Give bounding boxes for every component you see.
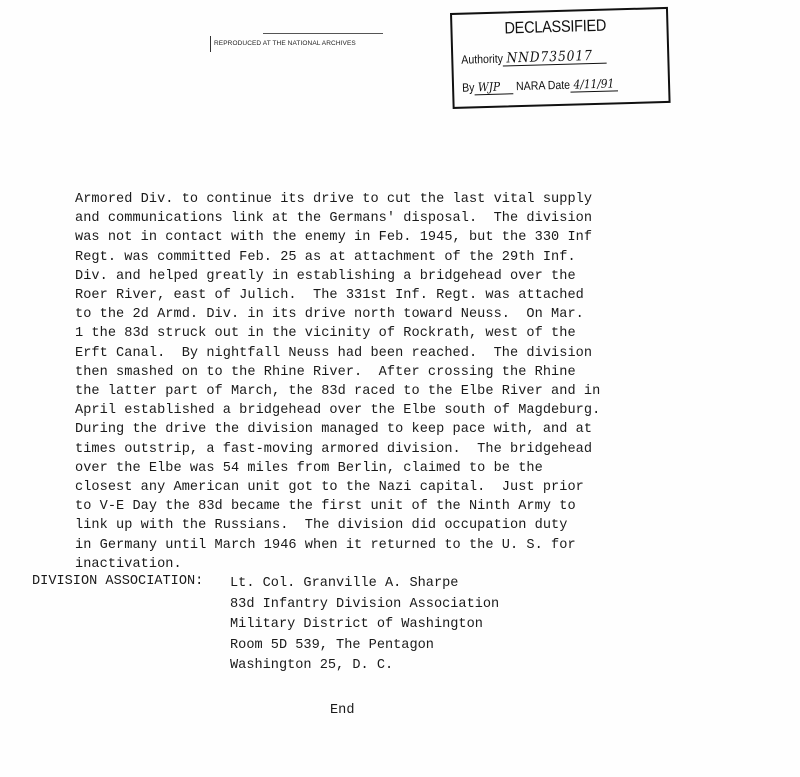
text-line: Div. and helped greatly in establishing … xyxy=(75,267,695,286)
text-line: closest any American unit got to the Naz… xyxy=(75,478,695,497)
stamp-by-row: ByWJP NARA Date4/11/91 xyxy=(462,76,618,95)
text-line: 1 the 83d struck out in the vicinity of … xyxy=(75,324,695,343)
text-line: in Germany until March 1946 when it retu… xyxy=(75,536,695,555)
body-paragraph: Armored Div. to continue its drive to cu… xyxy=(75,190,695,574)
text-line: to the 2d Armd. Div. in its drive north … xyxy=(75,305,695,324)
address-line: Room 5D 539, The Pentagon xyxy=(230,636,499,657)
stamp-date-value: 4/11/91 xyxy=(570,76,618,92)
text-line: Erft Canal. By nightfall Neuss had been … xyxy=(75,344,695,363)
text-line: April established a bridgehead over the … xyxy=(75,401,695,420)
text-line: the latter part of March, the 83d raced … xyxy=(75,382,695,401)
stamp-authority-row: AuthorityNND735017 xyxy=(461,49,607,68)
document-page: REPRODUCED AT THE NATIONAL ARCHIVES DECL… xyxy=(0,0,800,777)
archives-label: REPRODUCED AT THE NATIONAL ARCHIVES xyxy=(214,40,356,47)
text-line: was not in contact with the enemy in Feb… xyxy=(75,228,695,247)
address-line: Military District of Washington xyxy=(230,615,499,636)
stamp-date-label: NARA Date xyxy=(516,78,570,94)
address-line: 83d Infantry Division Association xyxy=(230,595,499,616)
association-label: DIVISION ASSOCIATION: xyxy=(32,574,203,589)
stamp-title: DECLASSIFIED xyxy=(504,17,606,39)
text-line: then smashed on to the Rhine River. Afte… xyxy=(75,363,695,382)
text-line: Armored Div. to continue its drive to cu… xyxy=(75,190,695,209)
text-line: Roer River, east of Julich. The 331st In… xyxy=(75,286,695,305)
text-line: to V-E Day the 83d became the first unit… xyxy=(75,497,695,516)
text-line: times outstrip, a fast-moving armored di… xyxy=(75,440,695,459)
text-line: link up with the Russians. The division … xyxy=(75,516,695,535)
text-line: and communications link at the Germans' … xyxy=(75,209,695,228)
header-rule xyxy=(263,33,383,34)
address-line: Lt. Col. Granville A. Sharpe xyxy=(230,574,499,595)
header-bar xyxy=(210,36,211,52)
end-mark: End xyxy=(330,703,354,718)
stamp-authority-label: Authority xyxy=(461,52,503,67)
stamp-authority-value: NND735017 xyxy=(503,49,607,67)
address-line: Washington 25, D. C. xyxy=(230,656,499,677)
association-address: Lt. Col. Granville A. Sharpe83d Infantry… xyxy=(230,574,499,677)
text-line: over the Elbe was 54 miles from Berlin, … xyxy=(75,459,695,478)
stamp-by-label: By xyxy=(462,80,475,94)
declassified-stamp: DECLASSIFIED AuthorityNND735017 ByWJP NA… xyxy=(450,7,671,109)
stamp-by-value: WJP xyxy=(474,79,513,95)
text-line: During the drive the division managed to… xyxy=(75,420,695,439)
text-line: Regt. was committed Feb. 25 as at attach… xyxy=(75,248,695,267)
text-line: inactivation. xyxy=(75,555,695,574)
